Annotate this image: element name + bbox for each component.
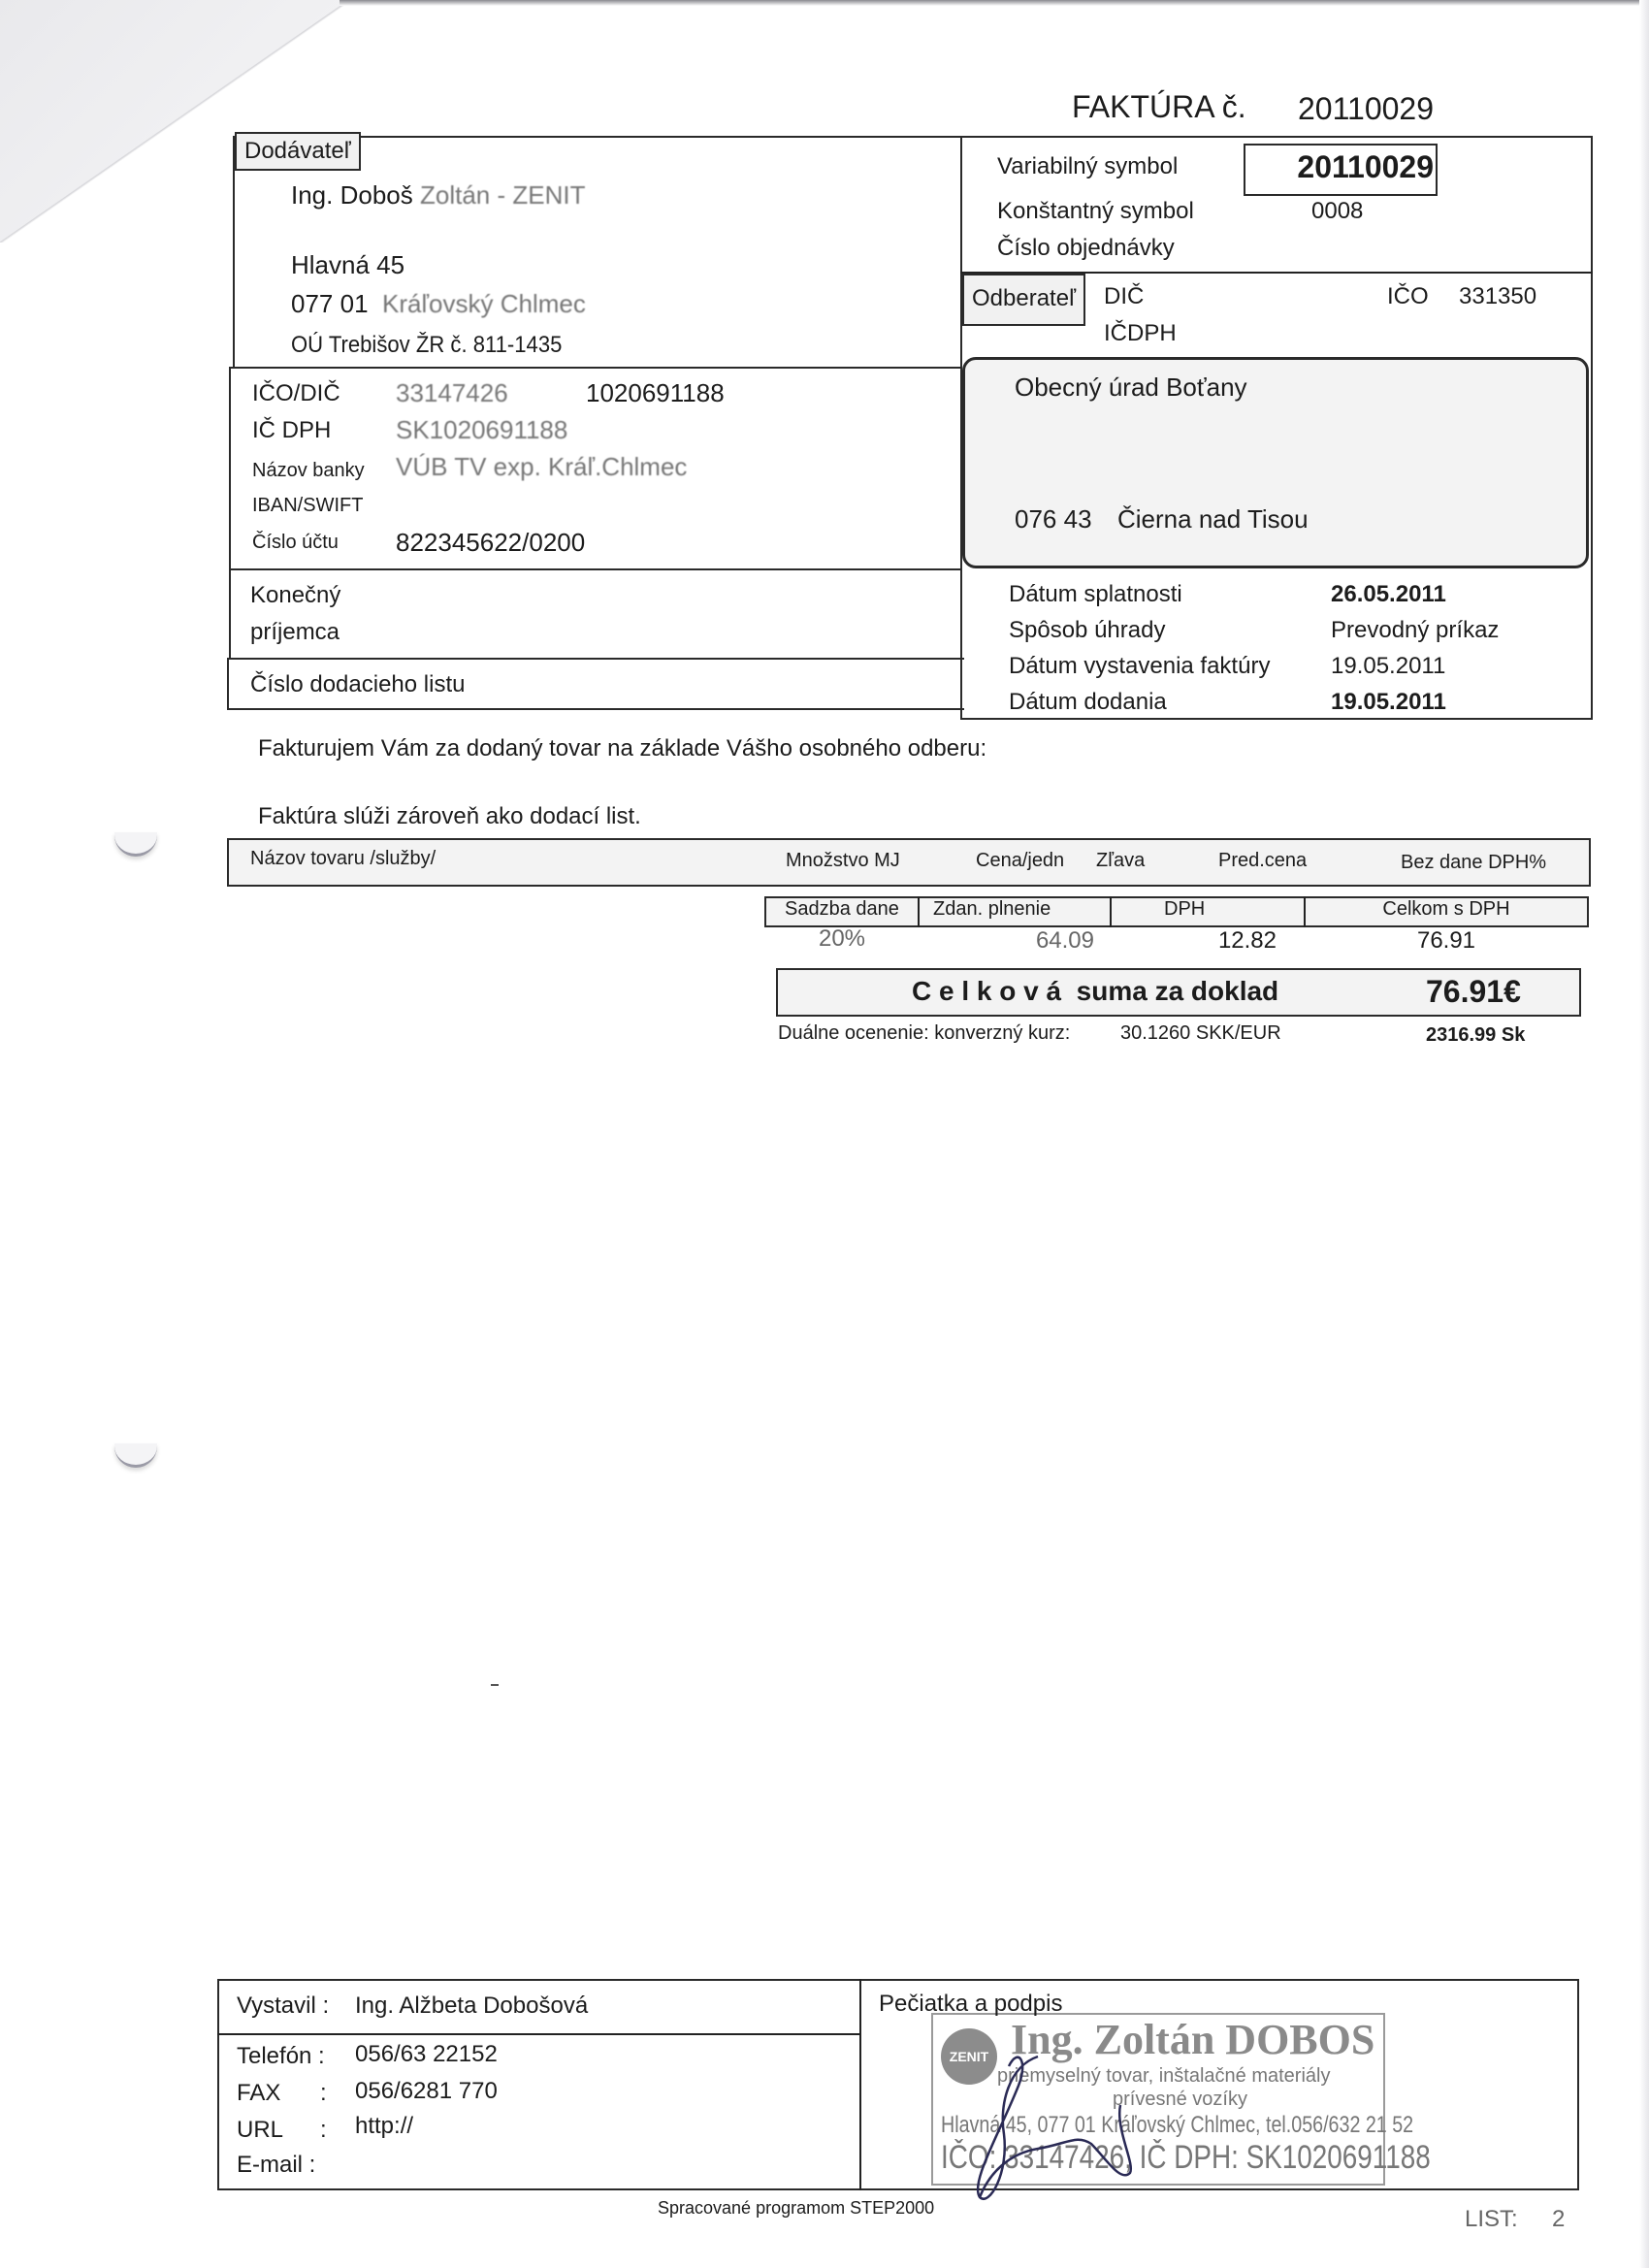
delivery-date-label: Dátum dodania	[1009, 684, 1270, 720]
bank-name: VÚB TV exp. Kráľ.Chlmec	[396, 452, 687, 482]
dual-pricing-value: 2316.99 Sk	[1426, 1024, 1525, 1047]
vat-col-vat: DPH	[1112, 898, 1325, 921]
delivery-date-value: 19.05.2011	[1331, 684, 1499, 720]
phone-value: 056/63 22152	[355, 2041, 498, 2068]
customer-ico-label: IČO	[1387, 283, 1429, 310]
scan-edge-right	[1639, 0, 1649, 2268]
dates-labels: Dátum splatnosti Spôsob úhrady Dátum vys…	[1009, 576, 1270, 720]
supplier-zip: 077 01	[291, 289, 369, 318]
issued-by-label: Vystavil :	[237, 1993, 329, 2020]
col-unit-price: Cena/jedn	[976, 850, 1064, 872]
footer-divider-vertical	[859, 1979, 861, 2190]
punch-hole-top	[114, 832, 157, 857]
stamp-line-1: priemyselný tovar, inštalačné materiály	[997, 2065, 1330, 2088]
customer-tag: Odberateľ	[962, 274, 1085, 326]
supplier-name-prefix: Ing. Doboš	[291, 180, 413, 210]
customer-icdph-label: IČDPH	[1104, 320, 1177, 347]
customer-name: Obecný úrad Boťany	[1015, 373, 1247, 403]
stamp-signature-label: Pečiatka a podpis	[879, 1991, 1062, 2018]
vat-amount: 12.82	[1112, 927, 1277, 955]
phone-label: Telefón :	[237, 2043, 325, 2070]
vat-total: 76.91	[1306, 927, 1587, 955]
final-recipient-label-1: Konečný	[250, 582, 340, 609]
dates-values: 26.05.2011 Prevodný príkaz 19.05.2011 19…	[1331, 576, 1499, 720]
url-colon: :	[320, 2117, 327, 2144]
punch-hole-bottom	[114, 1443, 157, 1468]
fax-label: FAX	[237, 2080, 280, 2107]
vat-col-rate: Sadzba dane	[766, 898, 918, 921]
stamp-line-3: Hlavná 45, 077 01 Kráľovský Chlmec, tel.…	[941, 2112, 1413, 2139]
icdph-label: IČ DPH	[252, 417, 331, 444]
dual-pricing-rate: 30.1260 SKK/EUR	[1120, 1022, 1281, 1045]
page-label: LIST:	[1465, 2206, 1518, 2233]
account-label: Číslo účtu	[252, 532, 339, 554]
supplier-name: Ing. Doboš Zoltán - ZENIT	[291, 180, 585, 211]
customer-dic-label: DIČ	[1104, 283, 1144, 310]
col-net-vat-rate: Bez dane DPH%	[1401, 852, 1546, 874]
supplier-ico: 33147426	[396, 378, 508, 408]
stray-mark	[491, 1684, 499, 1686]
zenit-logo-icon: ZENIT	[941, 2028, 997, 2085]
stamp-company-name: Ing. Zoltán DOBOS	[1011, 2015, 1374, 2064]
due-date-label: Dátum splatnosti	[1009, 576, 1270, 612]
col-sale-price: Pred.cena	[1218, 850, 1307, 872]
vat-col-base: Zdan. plnenie	[920, 898, 1079, 921]
stamp-line-2: prívesné vozíky	[1113, 2089, 1247, 2111]
issue-date-value: 19.05.2011	[1331, 648, 1499, 684]
delivery-note-label: Číslo dodacieho listu	[250, 671, 465, 698]
processed-by: Spracované programom STEP2000	[658, 2198, 934, 2219]
vat-col-total: Celkom s DPH	[1306, 898, 1587, 921]
url-label: URL	[237, 2117, 283, 2144]
footer-divider-horizontal	[217, 2033, 859, 2035]
customer-zip: 076 43	[1015, 504, 1092, 535]
dual-pricing-label: Duálne ocenenie: konverzný kurz:	[778, 1022, 1070, 1045]
supplier-registry: OÚ Trebišov ŽR č. 811-1435	[291, 332, 562, 359]
payment-method-label: Spôsob úhrady	[1009, 612, 1270, 648]
invoice-number: 20110029	[1298, 91, 1434, 127]
col-quantity-unit: Množstvo MJ	[786, 850, 900, 872]
col-discount: Zľava	[1096, 850, 1145, 872]
order-number-label: Číslo objednávky	[997, 235, 1175, 262]
supplier-city: Kráľovský Chlmec	[382, 289, 586, 318]
account-number: 822345622/0200	[396, 528, 585, 558]
ico-dic-label: IČO/DIČ	[252, 380, 340, 407]
customer-city: Čierna nad Tisou	[1117, 504, 1309, 535]
email-label: E-mail :	[237, 2152, 315, 2179]
url-value[interactable]: http://	[355, 2113, 413, 2140]
issued-by-value: Ing. Alžbeta Dobošová	[355, 1993, 588, 2020]
variable-symbol-label: Variabilný symbol	[997, 153, 1178, 180]
grand-total-label: C e l k o v á suma za doklad	[912, 976, 1278, 1007]
vat-base: 64.09	[920, 927, 1094, 955]
bank-label: Názov banky	[252, 460, 365, 482]
page-number: 2	[1552, 2206, 1565, 2233]
col-item-name: Názov tovaru /služby/	[250, 848, 436, 870]
issue-date-label: Dátum vystavenia faktúry	[1009, 648, 1270, 684]
intro-line-1: Fakturujem Vám za dodaný tovar na základ…	[258, 735, 986, 762]
supplier-icdph: SK1020691188	[396, 415, 567, 445]
intro-line-2: Faktúra slúži zároveň ako dodací list.	[258, 803, 641, 830]
fax-value: 056/6281 770	[355, 2078, 498, 2105]
iban-label: IBAN/SWIFT	[252, 495, 363, 517]
supplier-tag: Dodávateľ	[235, 132, 361, 171]
payment-method-value: Prevodný príkaz	[1331, 612, 1499, 648]
supplier-city-line: 077 01 Kráľovský Chlmec	[291, 289, 586, 319]
supplier-name-rest: Zoltán - ZENIT	[420, 180, 585, 210]
final-recipient-label-2: príjemca	[250, 619, 339, 646]
supplier-street: Hlavná 45	[291, 250, 404, 280]
fax-colon: :	[320, 2080, 327, 2107]
variable-symbol-value: 20110029	[1244, 149, 1434, 185]
constant-symbol-value: 0008	[1311, 198, 1363, 225]
invoice-title-label: FAKTÚRA č.	[1072, 89, 1246, 125]
company-stamp: ZENIT Ing. Zoltán DOBOS priemyselný tova…	[931, 2013, 1385, 2186]
due-date-value: 26.05.2011	[1331, 576, 1499, 612]
constant-symbol-label: Konštantný symbol	[997, 198, 1194, 225]
scan-edge-top	[339, 0, 1649, 6]
vat-rate: 20%	[766, 925, 918, 953]
customer-ico-value: 331350	[1459, 283, 1536, 310]
supplier-dic: 1020691188	[586, 378, 725, 408]
stamp-line-4: IČO: 33147426, IČ DPH: SK1020691188	[941, 2139, 1431, 2177]
grand-total-value: 76.91€	[1426, 974, 1521, 1010]
